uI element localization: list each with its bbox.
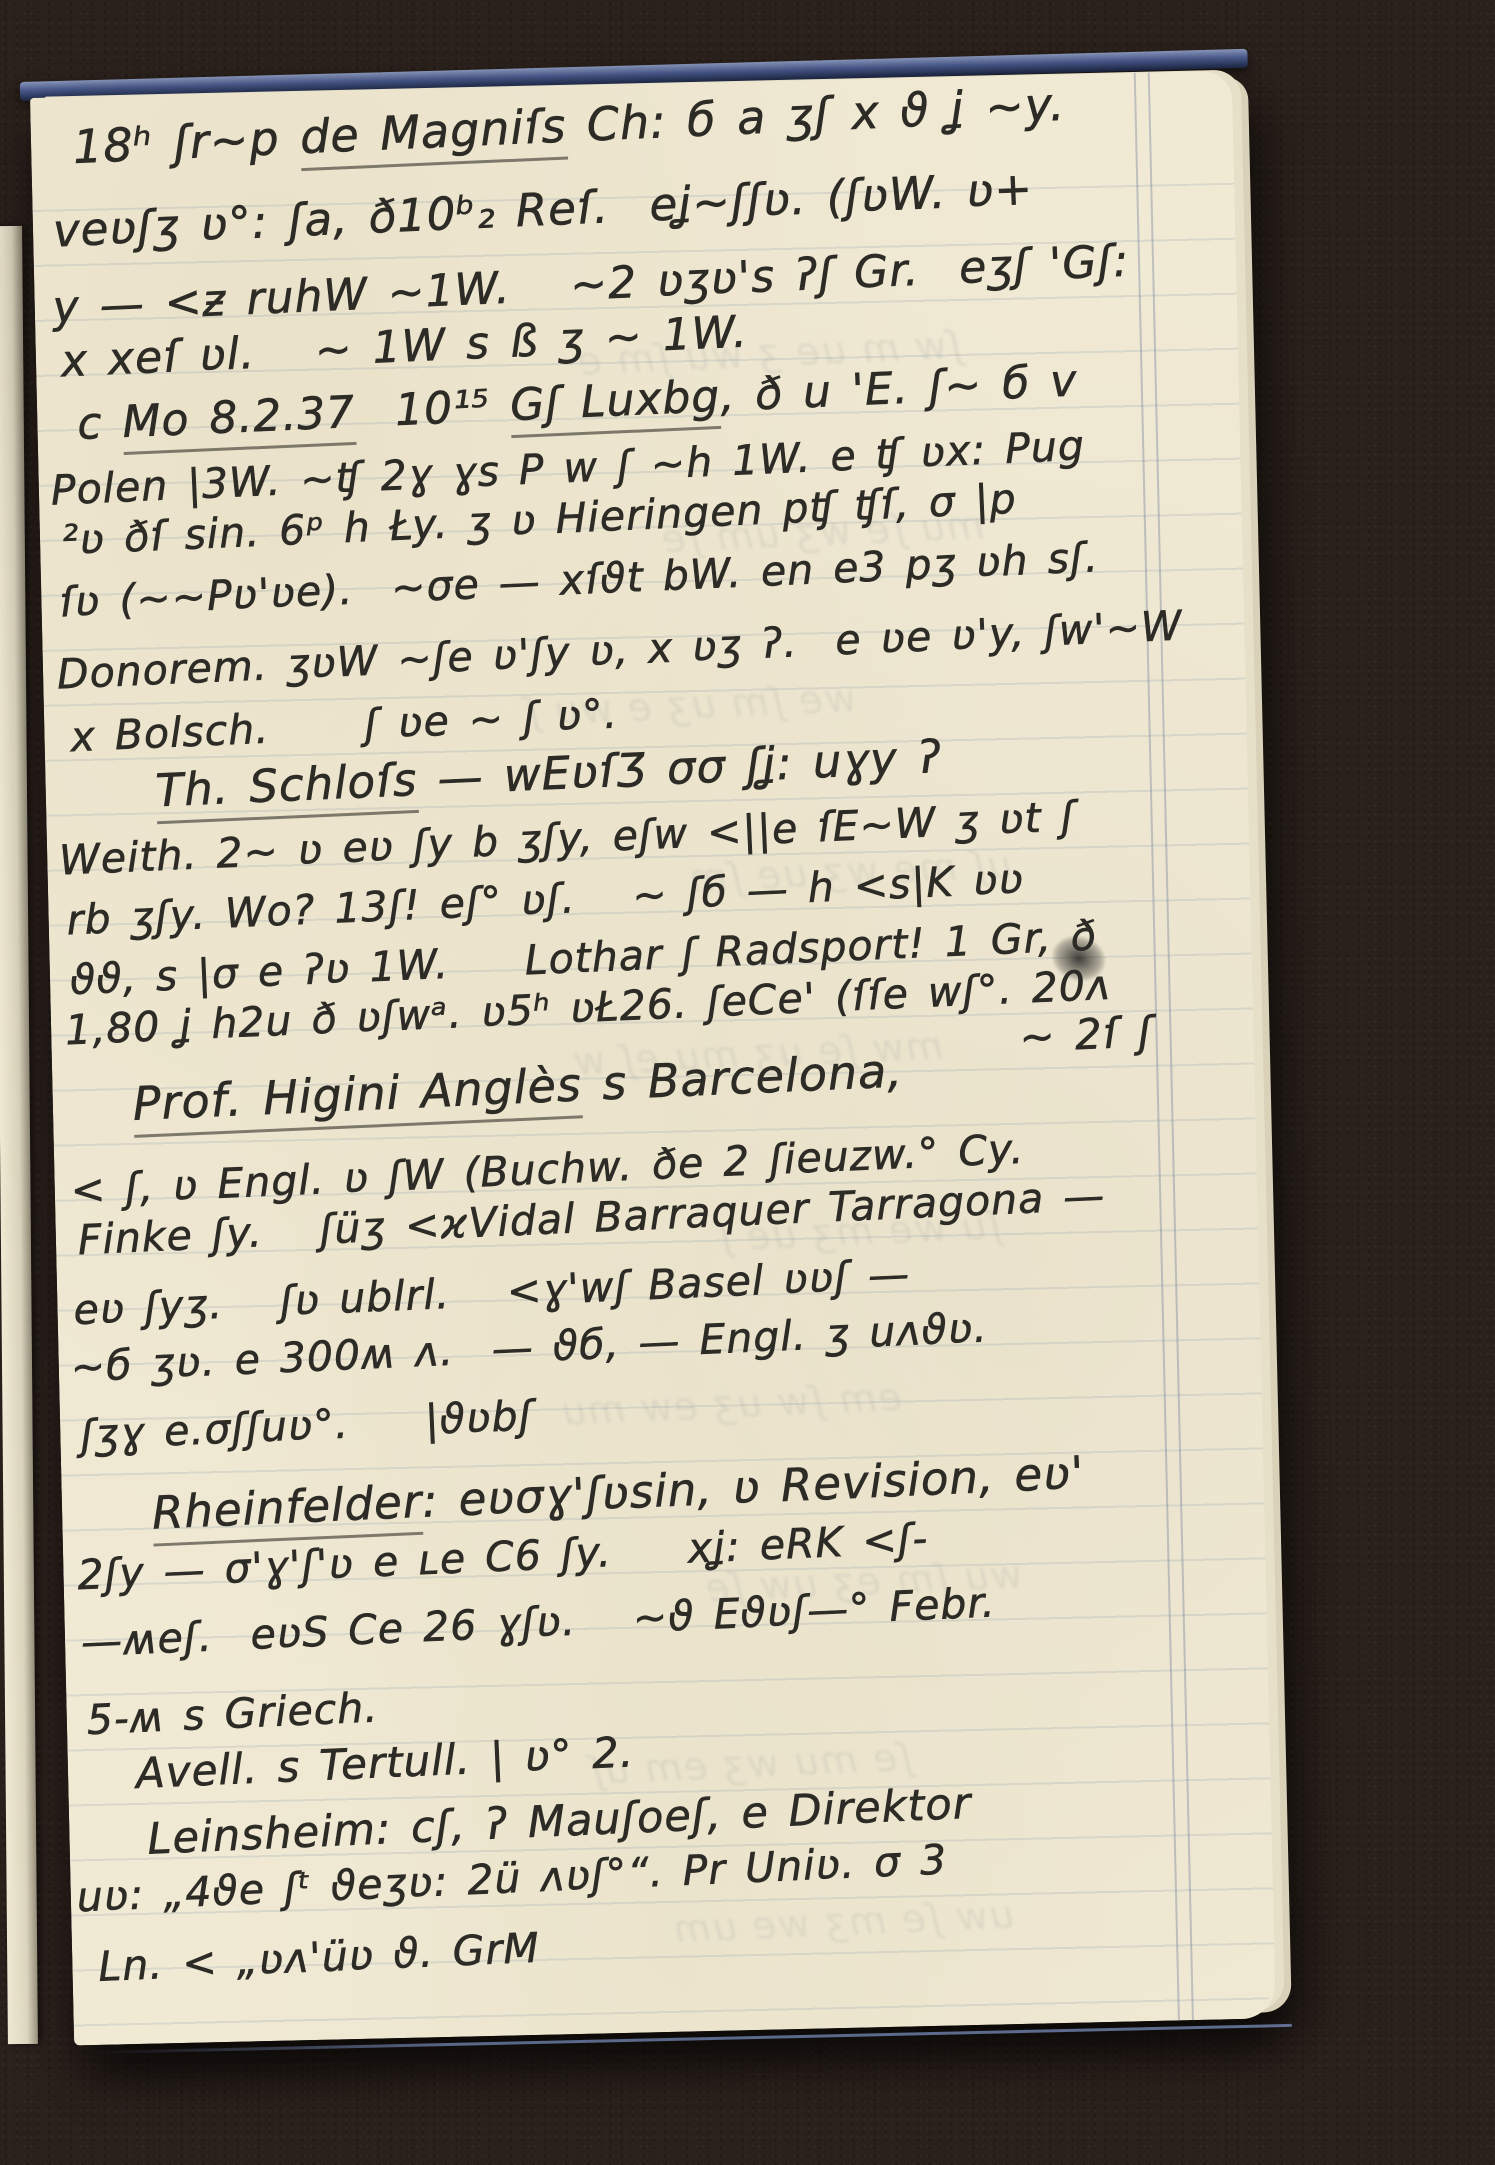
underlined-heading: de Magniſs	[299, 99, 568, 172]
underlined-heading: Mo 8.2.37	[121, 387, 356, 455]
handwriting-text: ~ 2ſ ʃ	[1018, 1007, 1154, 1062]
underlined-heading: Rheinfelder	[151, 1475, 424, 1547]
handwriting-text: c	[76, 397, 123, 450]
facing-page-edge	[0, 226, 38, 2044]
handwriting-line-23: Rheinfelder: eʋσɣ'ʃʋsin, ʋ Revision, eʋ'	[151, 1447, 1085, 1539]
handwriting-layer: 18ʰ ʃr~p de Magniſs Ch: б a ʒʃ x ϑ ʝ ~y.…	[30, 71, 1276, 2046]
handwriting-text: s Barcelona,	[580, 1043, 903, 1111]
handwriting-text: 5-ʍ s Griech.	[86, 1683, 379, 1744]
underlined-heading: Gʃ Luxbg	[509, 371, 722, 438]
notebook-page: ʃw m ue ʒ wu ʃm emu ʃe wʒ um ʃewe ʃm uʒ …	[30, 71, 1276, 2046]
notebook-photo: ʃw m ue ʒ wu ʃm emu ʃe wʒ um ʃewe ʃm uʒ …	[0, 0, 1495, 2165]
underlined-heading: Prof. Higini Anglès	[132, 1057, 583, 1138]
handwriting-line-2: veʋʃʒ ʋ°: ʃa, ð10ᵇ₂ Reſ. eʝ~ʃʃʋ. (ʃʋW. ʋ…	[52, 163, 1034, 257]
handwriting-text: Ch: б a ʒʃ x ϑ ʝ ~y.	[565, 77, 1066, 153]
handwriting-line-30: Ln. < „ʋʌ'üʋ ϑ. GrM	[97, 1925, 540, 1991]
handwriting-line-26: 5-ʍ s Griech.	[86, 1684, 379, 1744]
handwriting-text: Ln. < „ʋʌ'üʋ ϑ. GrM	[97, 1924, 540, 1991]
handwriting-line-16: Prof. Higini Anglès s Barcelona,	[132, 1044, 904, 1130]
handwriting-text: 10¹⁵	[354, 380, 511, 438]
handwriting-text: veʋʃʒ ʋ°: ʃa, ð10ᵇ₂ Reſ. eʝ~ʃʃʋ. (ʃʋW. ʋ…	[52, 162, 1034, 258]
handwriting-text: : eʋσɣ'ʃʋsin, ʋ Revision, eʋ'	[421, 1446, 1085, 1528]
handwriting-text: 18ʰ ʃr~p	[72, 110, 301, 174]
handwriting-text: ʃʒɣ e.σʃʃuʋ°. |ϑʋbʃ	[79, 1391, 534, 1459]
handwriting-line-17: ~ 2ſ ʃ	[1019, 1008, 1154, 1062]
handwriting-line-22: ʃʒɣ e.σʃʃuʋ°. |ϑʋbʃ	[79, 1392, 534, 1459]
handwriting-text: , ð u 'E. ʃ~ б v	[719, 355, 1078, 422]
underlined-heading: Th. Schloſs	[155, 753, 419, 824]
